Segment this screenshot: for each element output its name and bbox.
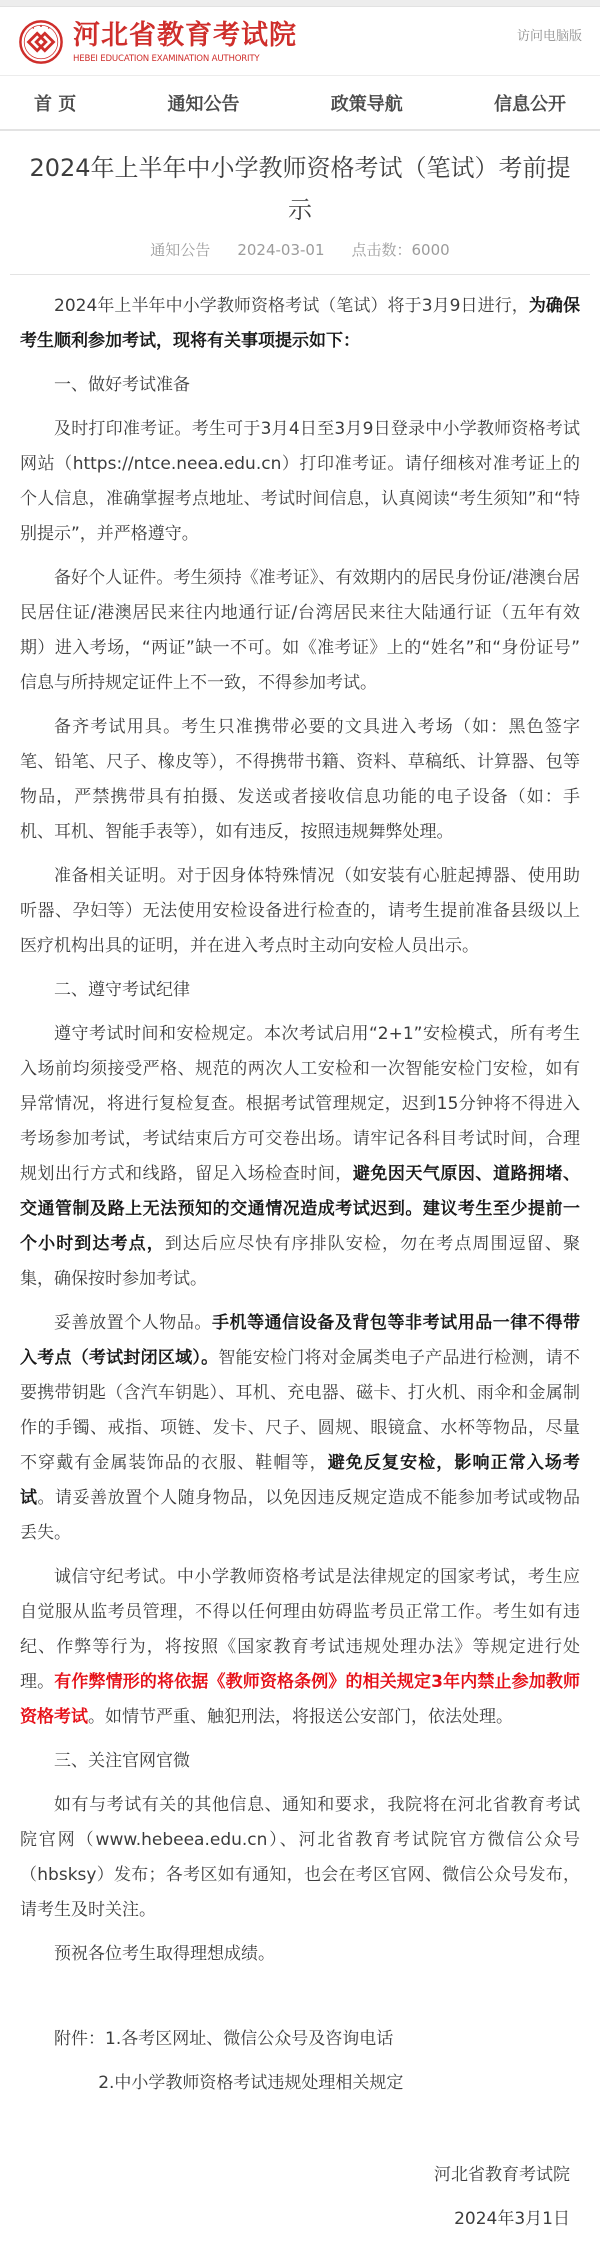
meta-date: 2024-03-01 — [237, 241, 324, 259]
org-name-chinese: 河北省教育考试院 — [73, 20, 297, 51]
paragraph-stationery: 备齐考试用具。考生只准携带必要的文具进入考场（如：黑色签字笔、铅笔、尺子、橡皮等… — [20, 710, 580, 850]
nav-item-home[interactable]: 首 页 — [34, 90, 76, 116]
desktop-version-link[interactable]: 访问电脑版 — [517, 25, 582, 44]
paragraph-medical-proof: 准备相关证明。对于因身体特殊情况（如安装有心脏起搏器、使用助听器、孕妇等）无法使… — [20, 859, 580, 964]
article: 2024年上半年中小学教师资格考试（笔试）考前提示 通知公告 2024-03-0… — [0, 147, 600, 2267]
org-seal-icon — [18, 19, 64, 65]
paragraph-integrity: 诚信守纪考试。中小学教师资格考试是法律规定的国家考试，考生应自觉服从监考员管理，… — [20, 1560, 580, 1735]
paragraph-personal-items: 妥善放置个人物品。手机等通信设备及背包等非考试用品一律不得带入考点（考试封闭区域… — [20, 1306, 580, 1551]
paragraph-print-ticket: 及时打印准考证。考生可于3月4日至3月9日登录中小学教师资格考试网站（https… — [20, 412, 580, 552]
nav-item-info[interactable]: 信息公开 — [494, 90, 566, 116]
article-meta: 通知公告 2024-03-01 点击数：6000 — [20, 239, 580, 260]
nav-item-policy[interactable]: 政策导航 — [331, 90, 403, 116]
org-name-english: HEBEI EDUCATION EXAMINATION AUTHORITY — [73, 54, 297, 64]
section-heading-1: 一、做好考试准备 — [20, 368, 580, 403]
intro-paragraph: 2024年上半年中小学教师资格考试（笔试）将于3月9日进行，为确保考生顺利参加考… — [20, 289, 580, 359]
attachment-1: 附件：1.各考区网址、微信公众号及咨询电话 — [20, 2022, 580, 2057]
paragraph-wish: 预祝各位考生取得理想成绩。 — [20, 1937, 580, 1972]
nav-item-notices[interactable]: 通知公告 — [168, 90, 240, 116]
meta-category: 通知公告 — [150, 239, 210, 260]
article-title: 2024年上半年中小学教师资格考试（笔试）考前提示 — [24, 147, 576, 231]
signature-block: 河北省教育考试院 2024年3月1日 — [20, 2153, 580, 2241]
signature-org: 河北省教育考试院 — [20, 2153, 570, 2197]
site-header: 河北省教育考试院 HEBEI EDUCATION EXAMINATION AUT… — [0, 7, 600, 75]
paragraph-official-channels: 如有与考试有关的其他信息、通知和要求，我院将在河北省教育考试院官网（www.he… — [20, 1788, 580, 1928]
meta-hit-count: 点击数：6000 — [352, 239, 450, 260]
article-body: 2024年上半年中小学教师资格考试（笔试）将于3月9日进行，为确保考生顺利参加考… — [20, 275, 580, 2101]
section-heading-2: 二、遵守考试纪律 — [20, 973, 580, 1008]
signature-date: 2024年3月1日 — [20, 2197, 570, 2241]
paragraph-security-check: 遵守考试时间和安检规定。本次考试启用“2+1”安检模式，所有考生入场前均须接受严… — [20, 1017, 580, 1297]
section-heading-3: 三、关注官网官微 — [20, 1744, 580, 1779]
attachment-2: 2.中小学教师资格考试违规处理相关规定 — [20, 2066, 580, 2101]
paragraph-documents: 备好个人证件。考生须持《准考证》、有效期内的居民身份证/港澳台居民居住证/港澳居… — [20, 561, 580, 701]
top-strip — [0, 0, 600, 7]
main-nav: 首 页 通知公告 政策导航 信息公开 — [0, 75, 600, 131]
